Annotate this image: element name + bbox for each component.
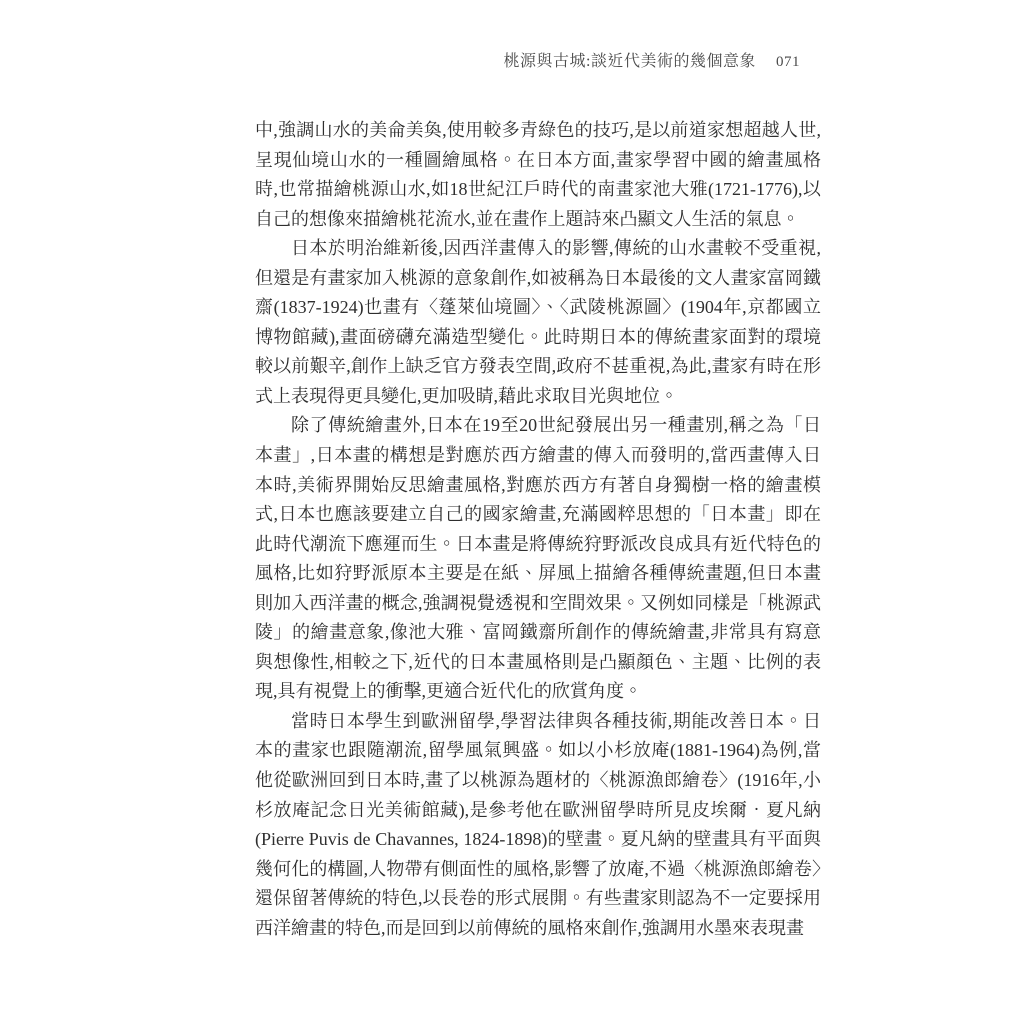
- body-text: 中,強調山水的美侖美奐,使用較多青綠色的技巧,是以前道家想超越人世,呈現仙境山水…: [255, 116, 821, 943]
- running-header: 桃源與古城:談近代美術的幾個意象071: [0, 48, 800, 71]
- paragraph: 當時日本學生到歐洲留學,學習法律與各種技術,期能改善日本。日本的畫家也跟隨潮流,…: [255, 707, 821, 943]
- page-number: 071: [776, 54, 800, 71]
- paragraph: 日本於明治維新後,因西洋畫傳入的影響,傳統的山水畫較不受重視,但還是有畫家加入桃…: [255, 234, 821, 411]
- paragraph: 中,強調山水的美侖美奐,使用較多青綠色的技巧,是以前道家想超越人世,呈現仙境山水…: [255, 116, 821, 234]
- running-header-title: 桃源與古城:談近代美術的幾個意象: [504, 53, 756, 70]
- paragraph: 除了傳統繪畫外,日本在19至20世紀發展出另一種畫別,稱之為「日本畫」,日本畫的…: [255, 411, 821, 706]
- book-page: 桃源與古城:談近代美術的幾個意象071 中,強調山水的美侖美奐,使用較多青綠色的…: [0, 0, 1024, 1024]
